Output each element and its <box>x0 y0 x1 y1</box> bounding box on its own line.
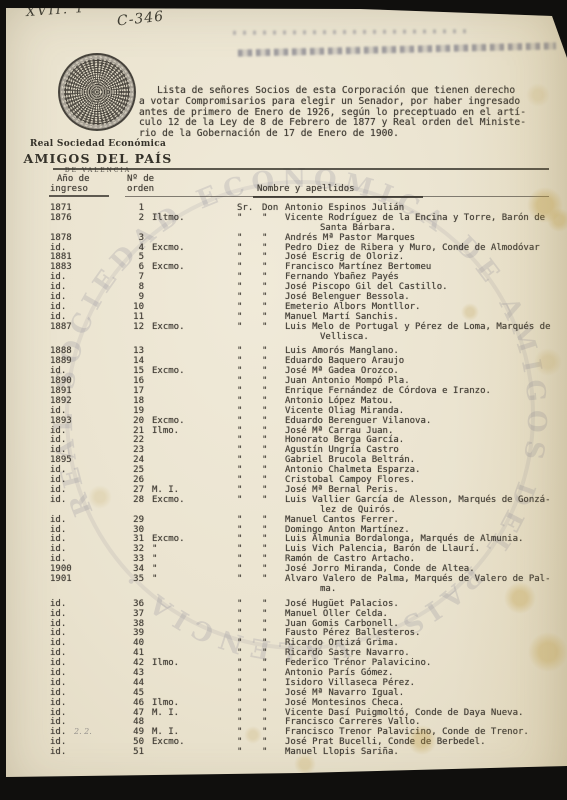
member-order-number: 42 <box>120 658 144 668</box>
ditto-mark: " <box>262 698 267 708</box>
member-order-number: 37 <box>120 609 144 619</box>
table-row: 1893 20 Excmo. " " Eduardo Berenguer Vil… <box>0 416 567 426</box>
member-honorific: " <box>152 564 157 574</box>
ditto-mark: " <box>262 416 267 426</box>
member-year: 1876 <box>50 213 72 223</box>
member-order-number: 35 <box>120 574 144 584</box>
member-name: Andrés Mª Pastor Marques <box>285 233 415 243</box>
table-row: id. 15 Excmo. " " José Mª Gadea Orozco. <box>0 366 567 376</box>
ditto-mark: " <box>237 465 242 475</box>
member-year: id. <box>50 628 66 638</box>
member-name: José Montesinos Checa. <box>285 698 404 708</box>
table-row: id. 47 M. I. " " Vicente Dasí Puigmoltó,… <box>0 708 567 718</box>
member-name: Emeterio Albors Montllor. <box>285 302 420 312</box>
member-name: Fausto Pérez Ballesteros. <box>285 628 420 638</box>
column-header-order: Nº de <box>127 174 154 184</box>
ditto-mark: " <box>237 747 242 757</box>
table-row: id. 36 " " José Hugüet Palacios. <box>0 599 567 609</box>
ditto-mark: " <box>237 406 242 416</box>
ditto-mark: " <box>262 485 267 495</box>
member-order-number: 22 <box>120 435 144 445</box>
member-name: José Mª Bernal Peris. <box>285 485 399 495</box>
table-row: 1876 2 Iltmo. " " Vicente Rodríguez de l… <box>0 213 567 223</box>
ditto-mark: " <box>237 252 242 262</box>
member-honorific: Excmo. <box>152 322 185 332</box>
member-name: Vicente Rodríguez de la Encina y Torre, … <box>285 213 545 223</box>
member-name: Antonio Chalmeta Esparza. <box>285 465 420 475</box>
member-name: Domingo Anton Martínez. <box>285 525 410 535</box>
member-order-number: 39 <box>120 628 144 638</box>
ditto-mark: " <box>262 465 267 475</box>
member-name: Agustín Ungría Castro <box>285 445 399 455</box>
table-row: id. 44 " " Isidoro Villaseca Pérez. <box>0 678 567 688</box>
ditto-mark: " <box>237 346 242 356</box>
ditto-mark: " <box>262 678 267 688</box>
ditto-mark: " <box>262 322 267 332</box>
ditto-mark: " <box>237 445 242 455</box>
handwritten-catalog-mark: C-346 <box>116 9 165 30</box>
ditto-mark: " <box>237 678 242 688</box>
member-order-number: 14 <box>120 356 144 366</box>
table-row: id. 11 " " Manuel Martí Sanchis. <box>0 312 567 322</box>
ditto-mark: " <box>262 668 267 678</box>
table-row: id. 10 " " Emeterio Albors Montllor. <box>0 302 567 312</box>
ditto-mark: " <box>237 376 242 386</box>
member-year: 1900 <box>50 564 72 574</box>
member-year: id. <box>50 292 66 302</box>
table-row: id. 25 " " Antonio Chalmeta Esparza. <box>0 465 567 475</box>
ditto-mark: " <box>262 262 267 272</box>
table-row: id. 32 " " " Luis Vich Palencia, Barón d… <box>0 544 567 554</box>
table-row: 1871 1 Sr. Don Antonio Espinos Julián <box>0 203 567 213</box>
table-row: id. 9 " " José Belenguer Bessola. <box>0 292 567 302</box>
member-name: Francisco Trenor Palavicino, Conde de Tr… <box>285 727 529 737</box>
member-name: Ramón de Castro Artacho. <box>285 554 415 564</box>
ditto-mark: " <box>262 475 267 485</box>
member-honorific: Iltmo. <box>152 213 185 223</box>
member-year: 1881 <box>50 252 72 262</box>
member-year: id. <box>50 668 66 678</box>
ditto-mark: Sr. <box>237 203 253 213</box>
ditto-mark: " <box>237 272 242 282</box>
member-order-number: 25 <box>120 465 144 475</box>
member-order-number: 29 <box>120 515 144 525</box>
member-year: id. <box>50 609 66 619</box>
member-name: Luis Almunia Bordalonga, Marqués de Almu… <box>285 534 523 544</box>
member-order-number: 46 <box>120 698 144 708</box>
ditto-mark: " <box>262 554 267 564</box>
member-order-number: 45 <box>120 688 144 698</box>
table-row: 1901 35 " " " Alvaro Valero de Palma, Ma… <box>0 574 567 584</box>
ditto-mark: " <box>237 292 242 302</box>
member-name: Eduardo Baquero Araujo <box>285 356 404 366</box>
member-order-number: 3 <box>120 233 144 243</box>
member-name: José Mª Navarro Igual. <box>285 688 404 698</box>
ditto-mark: " <box>237 515 242 525</box>
member-order-number: 43 <box>120 668 144 678</box>
ditto-mark: " <box>237 302 242 312</box>
member-name: Manuel Cantos Ferrer. <box>285 515 399 525</box>
table-row: 1891 17 " " Enrique Fernández de Córdova… <box>0 386 567 396</box>
table-row: id. 41 " " Ricardo Sastre Navarro. <box>0 648 567 658</box>
member-name: Manuel Oller Celda. <box>285 609 388 619</box>
member-name: Luis Melo de Portugal y Pérez de Loma, M… <box>285 322 551 332</box>
member-honorific: Ilmo. <box>152 658 179 668</box>
ditto-mark: " <box>237 554 242 564</box>
ditto-mark: " <box>262 356 267 366</box>
member-name: Gabriel Brucola Beltrán. <box>285 455 415 465</box>
table-row: 1900 34 " " " José Jorro Miranda, Conde … <box>0 564 567 574</box>
ditto-mark: " <box>237 356 242 366</box>
ditto-mark: " <box>237 688 242 698</box>
member-order-number: 30 <box>120 525 144 535</box>
table-row: id. 26 " " Cristobal Campoy Flores. <box>0 475 567 485</box>
ditto-mark: " <box>262 658 267 668</box>
member-order-number: 26 <box>120 475 144 485</box>
ditto-mark: " <box>237 485 242 495</box>
member-name-continuation: Vellisca. <box>320 332 369 342</box>
member-year: id. <box>50 366 66 376</box>
header-underline <box>49 195 109 197</box>
member-year: id. <box>50 475 66 485</box>
member-order-number: 2 <box>120 213 144 223</box>
member-order-number: 18 <box>120 396 144 406</box>
member-name: Antonio París Gómez. <box>285 668 393 678</box>
table-row: id. 39 " " Fausto Pérez Ballesteros. <box>0 628 567 638</box>
member-name: Juan Antonio Mompó Pla. <box>285 376 410 386</box>
faint-illegible-text-line <box>233 29 468 35</box>
table-row: id. 28 Excmo. " " Luis Vallier García de… <box>0 495 567 505</box>
member-order-number: 13 <box>120 346 144 356</box>
member-year: id. <box>50 485 66 495</box>
column-header-name: Nombre y apellidos <box>257 184 355 194</box>
ditto-mark: " <box>237 698 242 708</box>
ditto-mark: " <box>262 525 267 535</box>
member-name: Luis Amorós Manglano. <box>285 346 399 356</box>
ditto-mark: " <box>237 262 242 272</box>
ditto-mark: " <box>237 638 242 648</box>
ditto-mark: " <box>262 609 267 619</box>
member-order-number: 41 <box>120 648 144 658</box>
member-year: id. <box>50 737 66 747</box>
ditto-mark: " <box>262 386 267 396</box>
table-row: 1881 5 " " José Escrig de Oloriz. <box>0 252 567 262</box>
member-honorific: Excmo. <box>152 366 185 376</box>
ditto-mark: " <box>262 515 267 525</box>
member-name: José Mª Gadea Orozco. <box>285 366 399 376</box>
member-name-continuation: lez de Quirós. <box>320 505 396 515</box>
member-year: id. <box>50 599 66 609</box>
member-name: Manuel Llopis Sariña. <box>285 747 399 757</box>
table-row: id. 45 " " José Mª Navarro Igual. <box>0 688 567 698</box>
member-order-number: 5 <box>120 252 144 262</box>
member-name: Antonio López Matou. <box>285 396 393 406</box>
member-name: José Escrig de Oloriz. <box>285 252 404 262</box>
table-row: id. 4 Excmo. " " Pedro Diez de Ribera y … <box>0 243 567 253</box>
ditto-mark: " <box>262 346 267 356</box>
table-row: id. 21 Ilmo. " " José Mª Carrau Juan. <box>0 426 567 436</box>
member-honorific: Excmo. <box>152 534 185 544</box>
ditto-mark: " <box>237 396 242 406</box>
member-name: Eduardo Berenguer Vilanova. <box>285 416 431 426</box>
table-row: id. 27 M. I. " " José Mª Bernal Peris. <box>0 485 567 495</box>
member-name-continuation: ma. <box>320 584 336 594</box>
member-year: id. <box>50 312 66 322</box>
member-year: 1895 <box>50 455 72 465</box>
member-order-number: 12 <box>120 322 144 332</box>
member-honorific: " <box>152 574 157 584</box>
ditto-mark: " <box>262 435 267 445</box>
column-header-year: Año de <box>57 174 90 184</box>
member-name: José Prat Bucelli, Conde de Berbedel. <box>285 737 485 747</box>
member-name: Ricardo Ortizá Grima. <box>285 638 399 648</box>
member-order-number: 49 <box>120 727 144 737</box>
table-row: 1878 3 " " Andrés Mª Pastor Marques <box>0 233 567 243</box>
member-year: 1887 <box>50 322 72 332</box>
member-year: id. <box>50 698 66 708</box>
table-row: id. 22 " " Honorato Berga García. <box>0 435 567 445</box>
ditto-mark: " <box>237 312 242 322</box>
member-year: id. <box>50 688 66 698</box>
table-row: id. 30 " " Domingo Anton Martínez. <box>0 525 567 535</box>
member-year: 1883 <box>50 262 72 272</box>
member-year: id. <box>50 515 66 525</box>
table-row: id. 31 Excmo. " " Luis Almunia Bordalong… <box>0 534 567 544</box>
member-order-number: 9 <box>120 292 144 302</box>
paper-sheet: REAL SOCIEDAD ECONOMICA DE AMIGOS DEL PA… <box>0 0 567 800</box>
ditto-mark: " <box>237 574 242 584</box>
ditto-mark: " <box>237 648 242 658</box>
table-row: id. 2. 2. 49 M. I. " " Francisco Trenor … <box>0 727 567 737</box>
member-order-number: 28 <box>120 495 144 505</box>
ditto-mark: " <box>262 406 267 416</box>
member-honorific: Excmo. <box>152 262 185 272</box>
table-row: id. 29 " " Manuel Cantos Ferrer. <box>0 515 567 525</box>
member-order-number: 7 <box>120 272 144 282</box>
member-year: id. <box>50 465 66 475</box>
ditto-mark: " <box>237 282 242 292</box>
ditto-mark: " <box>237 737 242 747</box>
table-row-continuation: Santa Bárbara. <box>0 223 567 233</box>
intro-line: rio de la Gobernación de 17 de Enero de … <box>139 129 554 140</box>
member-honorific: " <box>152 554 157 564</box>
table-row: id. 43 " " Antonio París Gómez. <box>0 668 567 678</box>
member-year: id. <box>50 658 66 668</box>
member-honorific: M. I. <box>152 485 179 495</box>
table-row: id. 42 Ilmo. " " Federico Trénor Palavic… <box>0 658 567 668</box>
ditto-mark: " <box>237 525 242 535</box>
member-year: id. <box>50 638 66 648</box>
ditto-mark: " <box>237 233 242 243</box>
member-name-continuation: Santa Bárbara. <box>320 223 396 233</box>
member-order-number: 33 <box>120 554 144 564</box>
member-name: Cristobal Campoy Flores. <box>285 475 415 485</box>
member-honorific: Ilmo. <box>152 426 179 436</box>
member-order-number: 24 <box>120 455 144 465</box>
ditto-mark: " <box>237 628 242 638</box>
ditto-mark: " <box>237 455 242 465</box>
member-honorific: M. I. <box>152 727 179 737</box>
table-row: 1890 16 " " Juan Antonio Mompó Pla. <box>0 376 567 386</box>
ditto-mark: " <box>262 638 267 648</box>
table-row: id. 46 Ilmo. " " José Montesinos Checa. <box>0 698 567 708</box>
member-order-number: 8 <box>120 282 144 292</box>
member-honorific: Excmo. <box>152 737 185 747</box>
ditto-mark: " <box>262 213 267 223</box>
member-order-number: 23 <box>120 445 144 455</box>
society-seal-icon <box>58 53 136 131</box>
member-name: Francisco Carreres Vallo. <box>285 717 420 727</box>
ditto-mark: " <box>237 534 242 544</box>
member-year: id. <box>50 534 66 544</box>
intro-line: a votar Compromisarios para elegir un Se… <box>139 97 554 108</box>
member-year: id. <box>50 544 66 554</box>
member-order-number: 44 <box>120 678 144 688</box>
ditto-mark: " <box>237 213 242 223</box>
handwritten-series-mark: XVII. 1 <box>26 1 86 20</box>
ditto-mark: " <box>262 534 267 544</box>
member-year: id. <box>50 272 66 282</box>
member-year: id. <box>50 554 66 564</box>
member-order-number: 16 <box>120 376 144 386</box>
member-order-number: 36 <box>120 599 144 609</box>
ditto-mark: " <box>237 322 242 332</box>
ditto-mark: " <box>237 544 242 554</box>
table-row-continuation: lez de Quirós. <box>0 505 567 515</box>
table-row: id. 38 " " Juan Gomis Carbonell. <box>0 619 567 629</box>
member-honorific: Excmo. <box>152 495 185 505</box>
member-year: id. <box>50 727 66 737</box>
member-honorific: Ilmo. <box>152 698 179 708</box>
table-row-continuation: Vellisca. <box>0 332 567 342</box>
ditto-mark: " <box>237 366 242 376</box>
table-row: id. 40 " " Ricardo Ortizá Grima. <box>0 638 567 648</box>
ditto-mark: " <box>262 233 267 243</box>
member-year: id. <box>50 445 66 455</box>
table-row-continuation: ma. <box>0 584 567 594</box>
ditto-mark: " <box>262 445 267 455</box>
header-top-rule <box>53 168 549 170</box>
column-header-order: orden <box>127 184 154 194</box>
member-order-number: 6 <box>120 262 144 272</box>
member-order-number: 10 <box>120 302 144 312</box>
member-order-number: 17 <box>120 386 144 396</box>
ditto-mark: " <box>262 495 267 505</box>
table-row: 1895 24 " " Gabriel Brucola Beltrán. <box>0 455 567 465</box>
member-year: 1878 <box>50 233 72 243</box>
ditto-mark: " <box>262 455 267 465</box>
member-year: id. <box>50 435 66 445</box>
member-order-number: 15 <box>120 366 144 376</box>
ditto-mark: " <box>262 648 267 658</box>
member-order-number: 11 <box>120 312 144 322</box>
member-year: 1892 <box>50 396 72 406</box>
table-row: id. 23 " " Agustín Ungría Castro <box>0 445 567 455</box>
ditto-mark: " <box>237 658 242 668</box>
ditto-mark: " <box>262 717 267 727</box>
member-year: id. <box>50 678 66 688</box>
ditto-mark: " <box>262 688 267 698</box>
member-order-number: 51 <box>120 747 144 757</box>
ditto-mark: " <box>262 574 267 584</box>
ditto-mark: " <box>262 737 267 747</box>
member-year: 1890 <box>50 376 72 386</box>
ditto-mark: " <box>262 599 267 609</box>
ditto-mark: " <box>262 544 267 554</box>
pencil-annotation: 2. 2. <box>74 727 92 736</box>
ditto-mark: " <box>237 564 242 574</box>
member-year: id. <box>50 302 66 312</box>
member-name: José Piscopo Gil del Castillo. <box>285 282 448 292</box>
ditto-mark: " <box>262 292 267 302</box>
member-order-number: 48 <box>120 717 144 727</box>
member-rows: 1871 1 Sr. Don Antonio Espinos Julián 18… <box>0 203 567 757</box>
table-row: id. 7 " " Fernando Ybañez Payés <box>0 272 567 282</box>
ditto-mark: " <box>237 435 242 445</box>
table-row: id. 37 " " Manuel Oller Celda. <box>0 609 567 619</box>
member-year: 1888 <box>50 346 72 356</box>
member-year: id. <box>50 717 66 727</box>
table-row: 1883 6 Excmo. " " Francisco Martínez Ber… <box>0 262 567 272</box>
faint-illegible-text-line <box>238 42 556 56</box>
member-name: Fernando Ybañez Payés <box>285 272 399 282</box>
ditto-mark: " <box>262 312 267 322</box>
member-name: Alvaro Valero de Palma, Marqués de Valer… <box>285 574 551 584</box>
table-row: id. 33 " " " Ramón de Castro Artacho. <box>0 554 567 564</box>
ditto-mark: " <box>262 272 267 282</box>
member-year: id. <box>50 282 66 292</box>
member-name: José Jorro Miranda, Conde de Altea. <box>285 564 475 574</box>
ditto-mark: " <box>262 396 267 406</box>
member-name: Ricardo Sastre Navarro. <box>285 648 410 658</box>
table-row: id. 8 " " José Piscopo Gil del Castillo. <box>0 282 567 292</box>
table-row: id. 48 " " Francisco Carreres Vallo. <box>0 717 567 727</box>
ditto-mark: " <box>262 282 267 292</box>
member-order-number: 50 <box>120 737 144 747</box>
ditto-mark: " <box>262 252 267 262</box>
table-row: id. 51 " " Manuel Llopis Sariña. <box>0 747 567 757</box>
ditto-mark: " <box>262 747 267 757</box>
ditto-mark: " <box>237 416 242 426</box>
ditto-mark: " <box>237 668 242 678</box>
member-name: Manuel Martí Sanchis. <box>285 312 399 322</box>
member-name: José Hugüet Palacios. <box>285 599 399 609</box>
ditto-mark: " <box>237 727 242 737</box>
member-order-number: 1 <box>120 203 144 213</box>
table-row: 1889 14 " " Eduardo Baquero Araujo <box>0 356 567 366</box>
scanned-document-page: REAL SOCIEDAD ECONOMICA DE AMIGOS DEL PA… <box>0 0 567 800</box>
member-name: Luis Vich Palencia, Barón de Llaurí. <box>285 544 480 554</box>
ditto-mark: " <box>262 376 267 386</box>
member-name: Francisco Martínez Bertomeu <box>285 262 431 272</box>
member-name: Enrique Fernández de Córdova e Iranzo. <box>285 386 491 396</box>
letterhead-society-title: AMIGOS DEL PAÍS <box>14 151 182 166</box>
member-name: Federico Trénor Palavicino. <box>285 658 431 668</box>
member-order-number: 20 <box>120 416 144 426</box>
header-underline <box>253 196 423 198</box>
table-row: 1892 18 " " Antonio López Matou. <box>0 396 567 406</box>
member-honorific: " <box>152 544 157 554</box>
table-row: 1887 12 Excmo. " " Luis Melo de Portugal… <box>0 322 567 332</box>
member-order-number: 31 <box>120 534 144 544</box>
ditto-mark: " <box>237 609 242 619</box>
member-order-number: 19 <box>120 406 144 416</box>
member-order-number: 34 <box>120 564 144 574</box>
ditto-mark: " <box>262 727 267 737</box>
ditto-mark: Don <box>262 203 278 213</box>
member-year: 1889 <box>50 356 72 366</box>
member-honorific: Excmo. <box>152 416 185 426</box>
